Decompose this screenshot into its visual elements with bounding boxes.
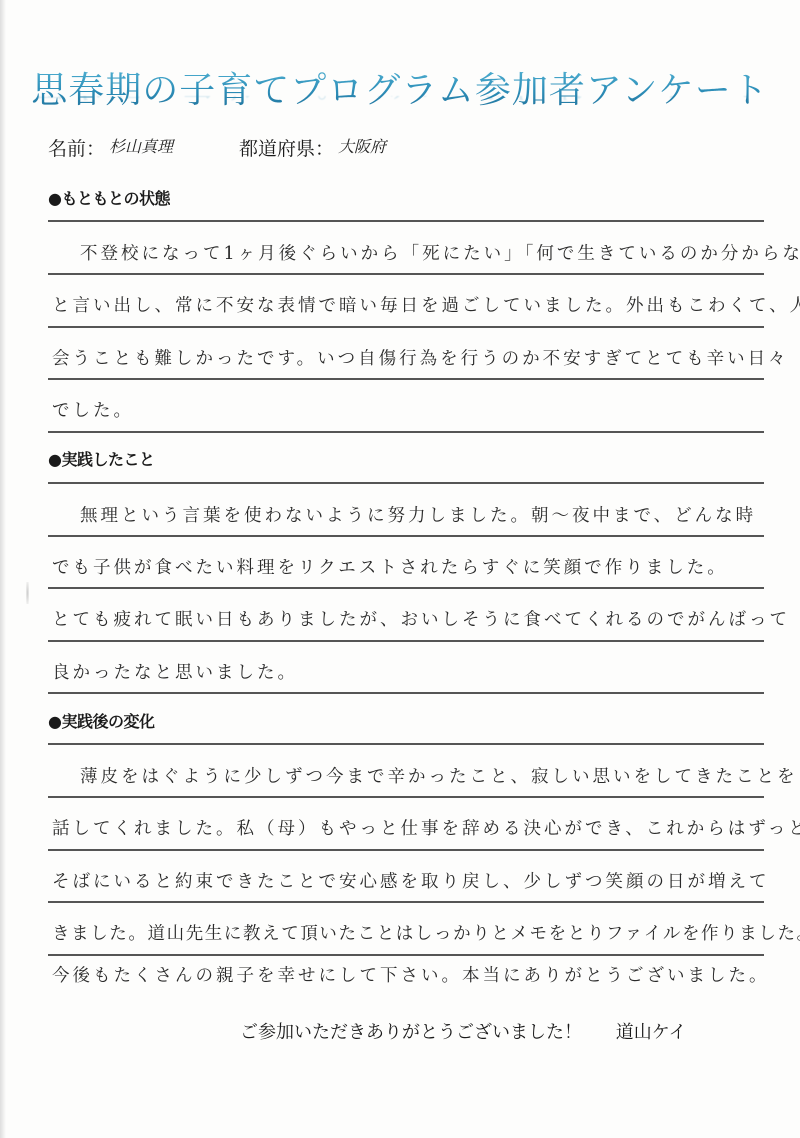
answer-line: 薄皮をはぐように少しずつ今まで辛かったこと、寂しい思いをしてきたことを [52, 763, 800, 788]
answer-line: とても疲れて眠い日もありましたが、おいしそうに食べてくれるのでがんばって [52, 606, 772, 631]
rule [48, 431, 764, 433]
rule [48, 954, 764, 956]
rule [48, 378, 764, 380]
rule [48, 640, 764, 642]
name-label: 名前： [48, 134, 105, 161]
answer-line: 不登校になって1ヶ月後ぐらいから「死にたい」「何で生きているのか分からない」 [52, 240, 800, 265]
rule [48, 326, 764, 328]
rule [48, 535, 764, 537]
rule [48, 849, 764, 851]
closing-message: ご参加いただきありがとうございました！ 道山ケイ [240, 1018, 686, 1044]
answer-line: 無理という言葉を使わないように努力しました。朝〜夜中まで、どんな時 [52, 502, 800, 527]
answer-line: 会うことも難しかったです。いつ自傷行為を行うのか不安すぎてとても辛い日々 [52, 345, 772, 370]
answer-line: きました。道山先生に教えて頂いたことはしっかりとメモをとりファイルを作りました。 [52, 920, 772, 945]
rule [48, 796, 764, 798]
answer-line: 今後もたくさんの親子を幸せにして下さい。本当にありがとうございました。 [52, 962, 772, 987]
title-reflection: 思春期の子育てプログラム参加者アンケート [0, 96, 800, 110]
section-heading-what-i-practiced: ●実践したこと [48, 447, 154, 470]
rule [48, 273, 764, 275]
answer-line: そばにいると約束できたことで安心感を取り戻し、少しずつ笑顔の日が増えて [52, 868, 772, 893]
prefecture-label: 都道府県： [239, 134, 334, 161]
rule [48, 587, 764, 589]
signature: 道山ケイ [616, 1022, 687, 1043]
rule [48, 220, 764, 222]
respondent-info: 名前： 杉山真理 都道府県： 大阪府 [48, 134, 386, 161]
scan-smudge [26, 582, 29, 604]
answer-line: でした。 [52, 397, 772, 422]
section-heading-original-state: ●もともとの状態 [48, 186, 170, 209]
scan-edge [0, 0, 6, 1138]
answer-line: 話してくれました。私（母）もやっと仕事を辞める決心ができ、これからはずっと [52, 815, 772, 840]
answer-line: 良かったなと思いました。 [52, 659, 772, 684]
rule [48, 692, 764, 694]
rule [48, 743, 764, 745]
rule [48, 482, 764, 484]
answer-line: でも子供が食べたい料理をリクエストされたらすぐに笑顔で作りました。 [52, 554, 772, 579]
prefecture-value: 大阪府 [338, 134, 386, 161]
section-heading-changes-after: ●実践後の変化 [48, 709, 154, 732]
name-value: 杉山真理 [109, 134, 173, 161]
thanks-text: ご参加いただきありがとうございました！ [240, 1022, 582, 1043]
rule [48, 901, 764, 903]
answer-line: と言い出し、常に不安な表情で暗い毎日を過ごしていました。外出もこわくて、人に [52, 292, 772, 317]
